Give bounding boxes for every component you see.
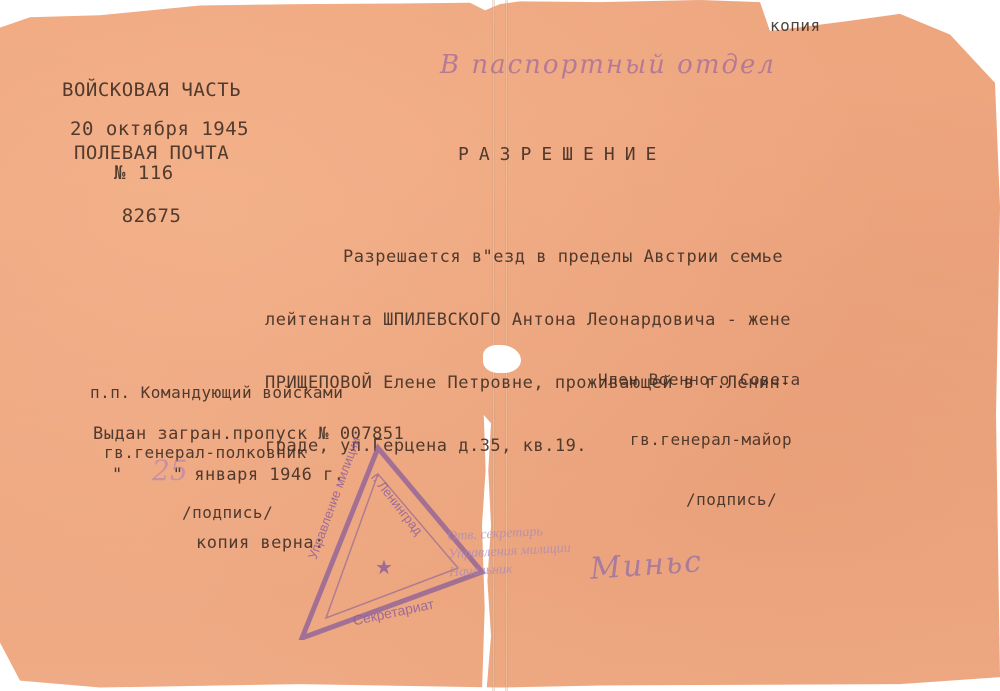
pass-date-prefix: "	[112, 465, 123, 485]
sig-line: Член Военного Совета	[598, 370, 801, 390]
unit-line: ВОЙСКОВАЯ ЧАСТЬ	[62, 80, 241, 101]
document-number: № 116	[114, 164, 174, 183]
handwritten-note: В паспортный отдел	[440, 50, 776, 80]
sig-line: п.п. Командующий войсками	[90, 383, 343, 403]
unit-line: ПОЛЕВАЯ ПОЧТА	[62, 143, 241, 164]
military-unit-header: ВОЙСКОВАЯ ЧАСТЬ ПОЛЕВАЯ ПОЧТА 82675	[62, 38, 241, 248]
signature-block-council-member: Член Военного Совета гв.генерал-майор /п…	[598, 330, 801, 530]
handwritten-day: 25	[152, 454, 188, 487]
body-line: лейтенанта ШПИЛЕВСКОГО Антона Леонардови…	[265, 310, 791, 331]
stamp-star-icon: ★	[375, 555, 393, 580]
body-line: Разрешается в"езд в пределы Австрии семь…	[265, 247, 791, 268]
sig-line: гв.генерал-майор	[598, 430, 801, 450]
sig-line: /подпись/	[598, 490, 801, 510]
document-title: РАЗРЕШЕНИЕ	[458, 145, 666, 164]
copy-mark: копия	[770, 16, 821, 35]
document-date: 20 октября 1945	[70, 120, 249, 139]
unit-line: 82675	[62, 206, 241, 227]
